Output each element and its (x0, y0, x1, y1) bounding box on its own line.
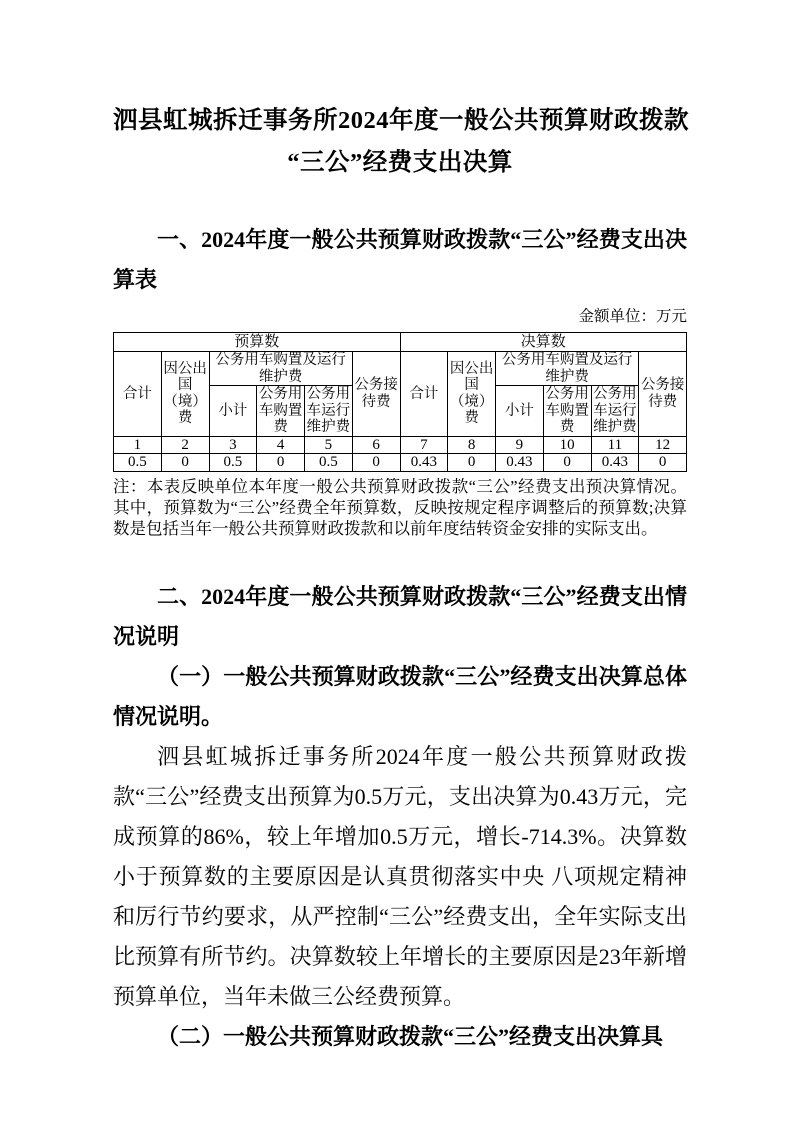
value-final-reception: 0 (639, 453, 687, 471)
table-group-header-row: 预算数 决算数 (114, 333, 687, 352)
header-final-abroad: 因公出国（境）费 (448, 352, 496, 437)
value-final-abroad: 0 (448, 453, 496, 471)
table-value-row: 0.5 0 0.5 0 0.5 0 0.43 0 0.43 0 0.43 0 (114, 453, 687, 471)
column-number: 5 (305, 436, 353, 453)
header-budget-vehicle-group: 公务用车购置及运行维护费 (209, 352, 352, 386)
header-final-vehicle-operation: 公务用车运行维护费 (591, 386, 639, 437)
value-budget-vehicle-purchase: 0 (257, 453, 305, 471)
header-final-vehicle-group: 公务用车购置及运行维护费 (496, 352, 639, 386)
header-final-total: 合计 (400, 352, 448, 437)
column-number: 3 (209, 436, 257, 453)
value-budget-abroad: 0 (161, 453, 209, 471)
column-number: 6 (352, 436, 400, 453)
header-budget-abroad: 因公出国（境）费 (161, 352, 209, 437)
value-final-total: 0.43 (400, 453, 448, 471)
table-column-number-row: 1 2 3 4 5 6 7 8 9 10 11 12 (114, 436, 687, 453)
table-header-row-1: 合计 因公出国（境）费 公务用车购置及运行维护费 公务接待费 合计 因公出国（境… (114, 352, 687, 386)
header-budget-total: 合计 (114, 352, 162, 437)
section-1-heading: 一、2024年度一般公共预算财政拨款“三公”经费支出决算表 (113, 220, 687, 300)
column-number: 9 (496, 436, 544, 453)
column-number: 8 (448, 436, 496, 453)
value-final-vehicle-purchase: 0 (543, 453, 591, 471)
column-number: 7 (400, 436, 448, 453)
section-2-sub2-heading: （二）一般公共预算财政拨款“三公”经费支出决算具 (113, 1017, 687, 1057)
value-final-vehicle-operation: 0.43 (591, 453, 639, 471)
header-budget-vehicle-operation: 公务用车运行维护费 (305, 386, 353, 437)
document-page: 泗县虹城拆迁事务所2024年度一般公共预算财政拨款 “三公”经费支出决算 一、2… (0, 0, 793, 1122)
value-budget-vehicle-subtotal: 0.5 (209, 453, 257, 471)
value-budget-vehicle-operation: 0.5 (305, 453, 353, 471)
column-number: 10 (543, 436, 591, 453)
value-budget-total: 0.5 (114, 453, 162, 471)
header-budget-vehicle-subtotal: 小计 (209, 386, 257, 437)
value-final-vehicle-subtotal: 0.43 (496, 453, 544, 471)
header-final-reception: 公务接待费 (639, 352, 687, 437)
table-note: 注：本表反映单位本年度一般公共预算财政拨款“三公”经费支出预决算情况。其中，预算… (113, 476, 687, 539)
header-budget-vehicle-purchase: 公务用车购置费 (257, 386, 305, 437)
value-budget-reception: 0 (352, 453, 400, 471)
header-budget-reception: 公务接待费 (352, 352, 400, 437)
column-number: 2 (161, 436, 209, 453)
column-number: 11 (591, 436, 639, 453)
group-header-final: 决算数 (400, 333, 687, 352)
column-number: 4 (257, 436, 305, 453)
group-header-budget: 预算数 (114, 333, 401, 352)
section-2-heading: 二、2024年度一般公共预算财政拨款“三公”经费支出情况说明 (113, 577, 687, 657)
amount-unit-label: 金额单位：万元 (113, 306, 687, 328)
page-title-line-1: 泗县虹城拆迁事务所2024年度一般公共预算财政拨款 (113, 100, 687, 142)
header-final-vehicle-subtotal: 小计 (496, 386, 544, 437)
section-2-sub1-heading: （一）一般公共预算财政拨款“三公”经费支出决算总体情况说明。 (113, 657, 687, 737)
three-public-expenses-table: 预算数 决算数 合计 因公出国（境）费 公务用车购置及运行维护费 公务接待费 合… (113, 332, 687, 472)
section-2-paragraph-1: 泗县虹城拆迁事务所2024年度一般公共预算财政拨款“三公”经费支出预算为0.5万… (113, 737, 687, 1017)
header-final-vehicle-purchase: 公务用车购置费 (543, 386, 591, 437)
column-number: 12 (639, 436, 687, 453)
page-title-line-2: “三公”经费支出决算 (113, 142, 687, 184)
column-number: 1 (114, 436, 162, 453)
